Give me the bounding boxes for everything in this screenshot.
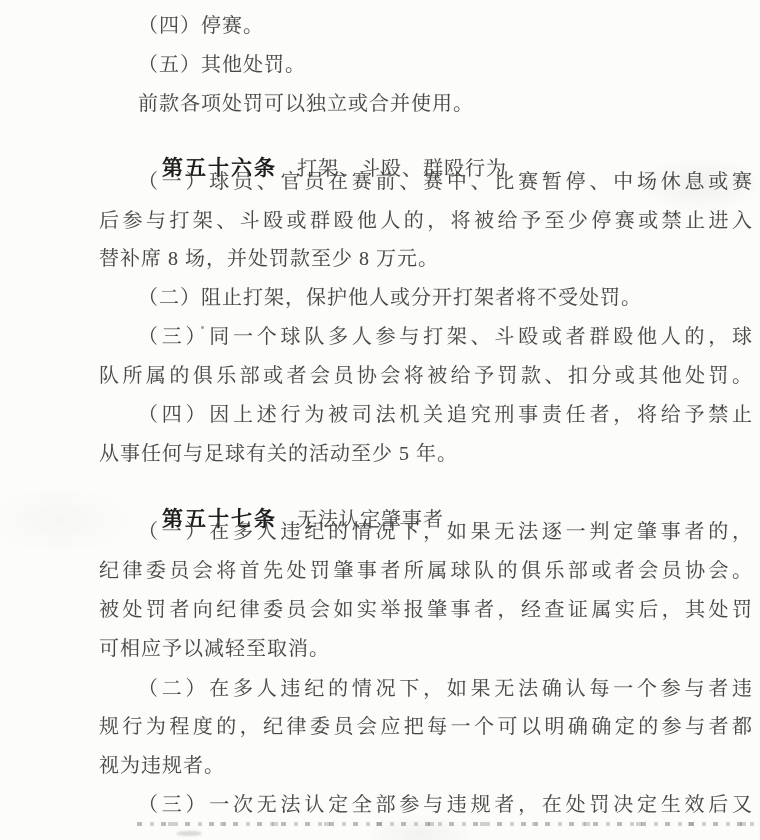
text-line: 替补席 8 场，并处罚款至少 8 万元。 [99,246,439,272]
text-line: （二）在多人违纪的情况下，如果无法确认每一个参与者违 [138,676,752,702]
text-line: 规行为程度的，纪律委员会应把每一个可以明确确定的参与者都 [99,714,752,740]
text-line: （二）阻止打架，保护他人或分开打架者将不受处罚。 [138,285,642,311]
text-line: 队所属的俱乐部或者会员协会将被给予罚款、扣分或其他处罚。 [99,363,752,389]
text-line: 视为违规者。 [99,753,225,779]
scan-smudge [176,831,202,836]
text-line: 后参与打架、斗殴或群殴他人的，将被给予至少停赛或禁止进入 [99,208,752,234]
text-line: （四）停赛。 [138,13,264,39]
text-line: （三）一次无法认定全部参与违规者，在处罚决定生效后又 [138,792,752,818]
text-line: （一）在多人违纪的情况下，如果无法逐一判定肇事者的， [138,519,752,545]
text-line: 纪律委员会将首先处罚肇事者所属球队的俱乐部或者会员协会。 [99,558,752,584]
text-line: 前款各项处罚可以独立或合并使用。 [138,91,474,117]
document-page: （四）停赛。 （五）其他处罚。 前款各项处罚可以独立或合并使用。 第五十六条打架… [0,0,760,840]
text-line: 被处罚者向纪律委员会如实举报肇事者，经查证属实后，其处罚 [99,597,752,623]
text-line: 可相应予以减轻至取消。 [99,636,330,662]
text-line: （三）同一个球队多人参与打架、斗殴或者群殴他人的，球 [138,324,752,350]
text-line: （一）球员、官员在赛前、赛中、比赛暂停、中场休息或赛 [138,169,752,195]
text-line: 从事任何与足球有关的活动至少 5 年。 [99,441,458,467]
text-line: （四）因上述行为被司法机关追究刑事责任者，将给予禁止 [138,402,752,428]
cutoff-next-line [137,822,757,826]
text-line: （五）其他处罚。 [138,52,306,78]
scan-speck [201,326,204,329]
